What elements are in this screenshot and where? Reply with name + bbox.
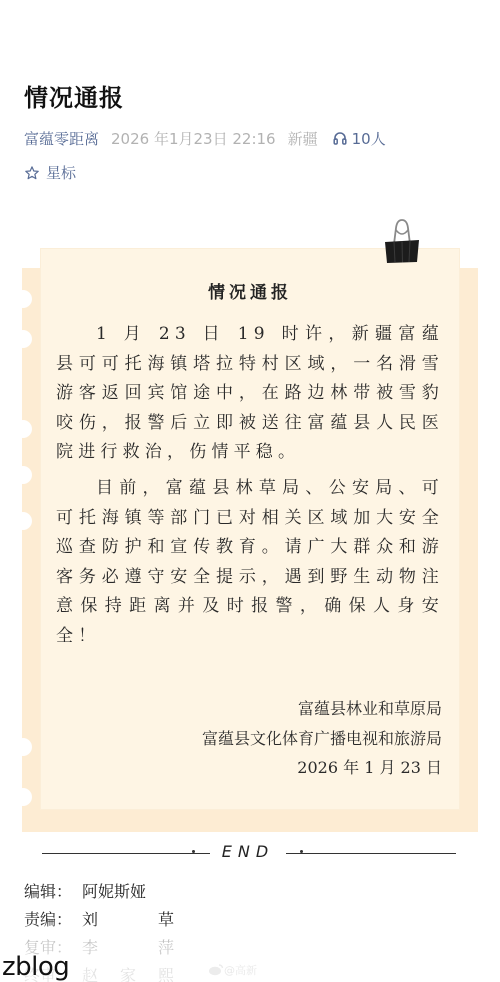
divider-line [42, 853, 210, 854]
star-label: 星标 [46, 162, 76, 183]
article-meta: 富蕴零距离 2026 年1月23日 22:16 新疆 10人 [24, 128, 386, 148]
listen-count: 10人 [352, 128, 386, 149]
binder-clip-icon [382, 218, 422, 266]
weibo-logo-icon [208, 964, 224, 976]
article-title: 情况通报 [24, 78, 124, 113]
notch-decoration [14, 420, 32, 438]
notice-paragraph: 1 月 23 日 19 时许，新疆富蕴县可可托海镇塔拉特村区域，一名滑雪游客返回… [56, 320, 444, 468]
notice-card: 情况通报 1 月 23 日 19 时许，新疆富蕴县可可托海镇塔拉特村区域，一名滑… [40, 248, 460, 810]
notch-decoration [14, 738, 32, 756]
listen-button[interactable]: 10人 [332, 128, 386, 149]
star-outline-icon [24, 165, 40, 181]
notice-paragraph: 目前，富蕴县林草局、公安局、可可托海镇等部门已对相关区域加大安全巡查防护和宣传教… [56, 474, 444, 651]
divider-line [286, 853, 456, 854]
signature-date: 2026 年 1 月 23 日 [202, 753, 442, 783]
credit-responsible-editor: 责编： 刘 草 [24, 906, 174, 934]
divider-ornament [192, 850, 195, 853]
end-divider: END [40, 842, 458, 864]
end-label: END [216, 842, 280, 861]
credit-editor: 编辑： 阿妮斯娅 [24, 878, 174, 906]
publish-time: 2026 年1月23日 22:16 [111, 128, 276, 149]
signature-org-culture-tourism: 富蕴县文化体育广播电视和旅游局 [202, 724, 442, 754]
site-watermark: zblog [2, 952, 69, 982]
notch-decoration [14, 290, 32, 308]
notch-decoration [14, 330, 32, 348]
headphones-icon [332, 130, 348, 146]
notice-title: 情况通报 [40, 278, 460, 303]
weibo-watermark: @高新 [208, 962, 257, 978]
notch-decoration [14, 512, 32, 530]
notice-signature: 富蕴县林业和草原局 富蕴县文化体育广播电视和旅游局 2026 年 1 月 23 … [202, 694, 442, 783]
publish-region: 新疆 [288, 128, 318, 149]
notch-decoration [14, 466, 32, 484]
signature-org-forestry: 富蕴县林业和草原局 [202, 694, 442, 724]
star-button[interactable]: 星标 [24, 162, 76, 183]
account-name-link[interactable]: 富蕴零距离 [24, 128, 99, 149]
notch-decoration [14, 788, 32, 806]
